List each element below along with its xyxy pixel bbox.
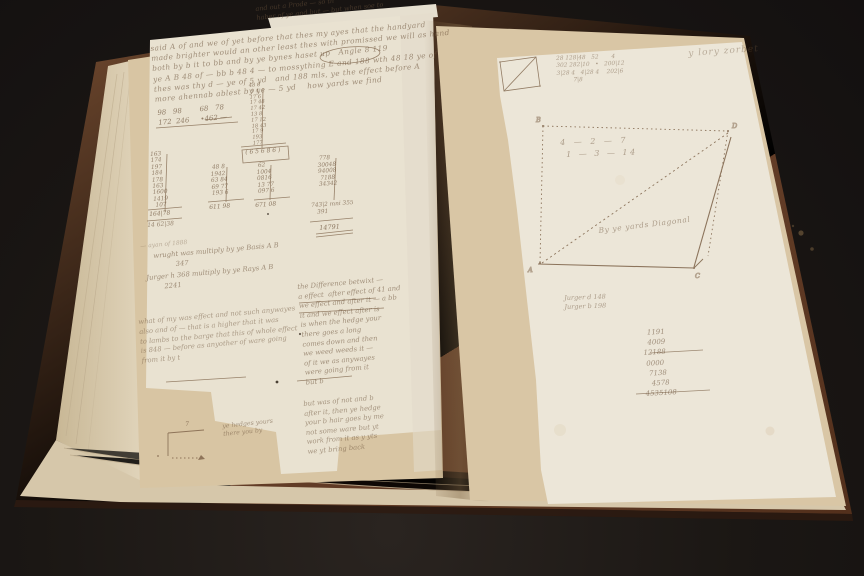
book-illustration: A B C D — [0, 0, 864, 576]
quad-corner-c-label: C — [695, 272, 700, 280]
left-page — [128, 13, 443, 488]
quad-corner-a-label: A — [527, 266, 533, 274]
quad-corner-d-label: D — [731, 122, 738, 130]
photo-open-manuscript-book: A B C D and out a Prode — so th haber of… — [0, 0, 864, 576]
quad-corner-b-label: B — [535, 116, 541, 124]
right-page — [436, 26, 846, 506]
